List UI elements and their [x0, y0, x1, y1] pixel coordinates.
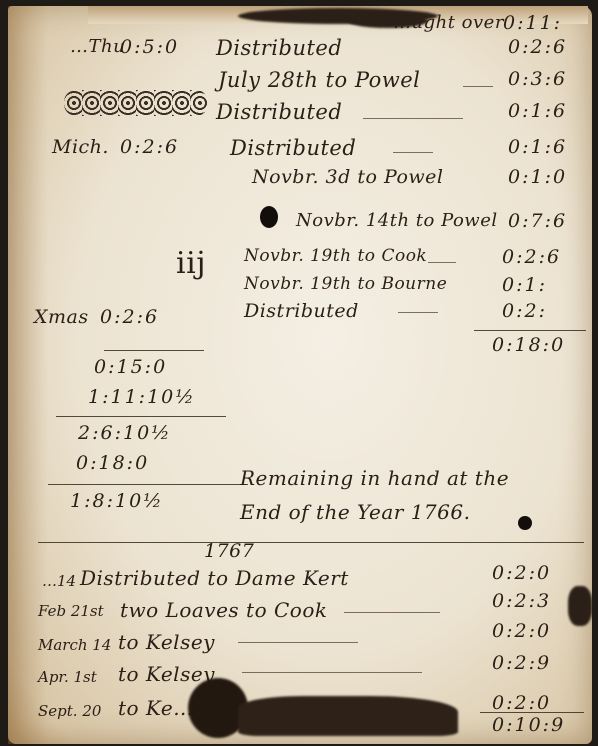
ledger-page: …ught over 0:11: …Thu 0:5:0 Mich. 0:2:6 …: [8, 6, 592, 744]
entry-amount: 0:2:0: [492, 692, 551, 714]
margin-mark: iij: [176, 246, 206, 281]
ink-blot: [260, 206, 278, 228]
entry-text: Distributed to Dame Kert: [80, 566, 349, 590]
entry-amount: 0:2:3: [492, 590, 551, 612]
entry-amount: 0:1:0: [508, 166, 567, 188]
entry-amount: 0:2:0: [492, 562, 551, 584]
entry-amount: 0:2:: [502, 300, 547, 322]
sum-rule: [48, 484, 248, 485]
entry-text: Novbr. 3d to Powel: [252, 166, 443, 188]
entry-text: July 28th to Powel: [218, 68, 420, 92]
remaining-note-line1: Remaining in hand at the: [240, 466, 509, 490]
year-divider-rule: [38, 542, 584, 543]
entry-date: Sept. 20: [38, 702, 101, 720]
receipt-label: Mich.: [52, 136, 109, 158]
ink-blot: [518, 516, 532, 530]
dash-line: [463, 86, 493, 87]
entry-amount: 0:2:6: [508, 36, 567, 58]
receipt-amount: 0:2:6: [100, 306, 159, 328]
crossed-out-scribble: [64, 90, 208, 116]
dash-line: [393, 152, 433, 153]
entry-date: Feb 21st: [38, 602, 104, 620]
remaining-amount: 1:8:10½: [70, 490, 164, 512]
dash-line: [428, 262, 456, 263]
entry-date: March 14: [38, 636, 111, 654]
edge-damage-right: [568, 586, 592, 626]
sum-rule: [104, 350, 204, 351]
reckoning-line: 1:11:10½: [88, 386, 196, 408]
entry-date: Apr. 1st: [38, 668, 97, 686]
entry-text: Distributed: [216, 36, 342, 60]
carried-over-label: …ught over: [393, 12, 504, 33]
entry-amount: 0:2:9: [492, 652, 551, 674]
dash-line: [363, 118, 463, 119]
receipt-label: Xmas: [34, 306, 89, 328]
total-rule: [474, 330, 586, 331]
entry-text: Novbr. 14th to Powel: [296, 210, 498, 231]
entry-amount: 0:3:6: [508, 68, 567, 90]
entry-date: …14: [42, 572, 76, 590]
dash-line: [238, 642, 358, 643]
entry-amount: 0:1:6: [508, 100, 567, 122]
reckoning-line: 2:6:10½: [78, 422, 172, 444]
entry-text: Distributed: [216, 100, 342, 124]
section-total: 0:18:0: [492, 334, 565, 356]
entry-text: two Loaves to Cook: [120, 598, 328, 622]
entry-amount: 0:2:6: [502, 246, 561, 268]
receipt-label: …Thu: [70, 36, 125, 57]
receipt-amount: 0:2:6: [120, 136, 179, 158]
entry-amount: 0:1:6: [508, 136, 567, 158]
entry-text: Novbr. 19th to Cook: [244, 246, 427, 266]
dash-line: [344, 612, 440, 613]
year-heading: 1767: [204, 540, 254, 562]
entry-text: Distributed: [230, 136, 356, 160]
dash-line: [398, 312, 438, 313]
entry-text: Distributed: [244, 300, 359, 322]
section-total: 0:10:9: [492, 714, 565, 736]
entry-text: Novbr. 19th to Bourne: [244, 274, 447, 294]
water-damage-bottom: [238, 696, 458, 736]
remaining-note-line2: End of the Year 1766.: [240, 500, 470, 524]
entry-text: to Kelsey: [118, 630, 215, 654]
entry-amount: 0:7:6: [508, 210, 567, 232]
entry-text: to Ke…: [118, 696, 194, 720]
reckoning-line: 0:15:0: [94, 356, 167, 378]
dash-line: [242, 672, 422, 673]
receipt-amount: 0:5:0: [120, 36, 179, 58]
total-rule: [480, 712, 584, 713]
reckoning-line: 0:18:0: [76, 452, 149, 474]
entry-amount: 0:1:: [502, 274, 547, 296]
entry-amount: 0:2:0: [492, 620, 551, 642]
sum-rule: [56, 416, 226, 417]
carried-over-amount: 0:11:: [503, 12, 562, 34]
